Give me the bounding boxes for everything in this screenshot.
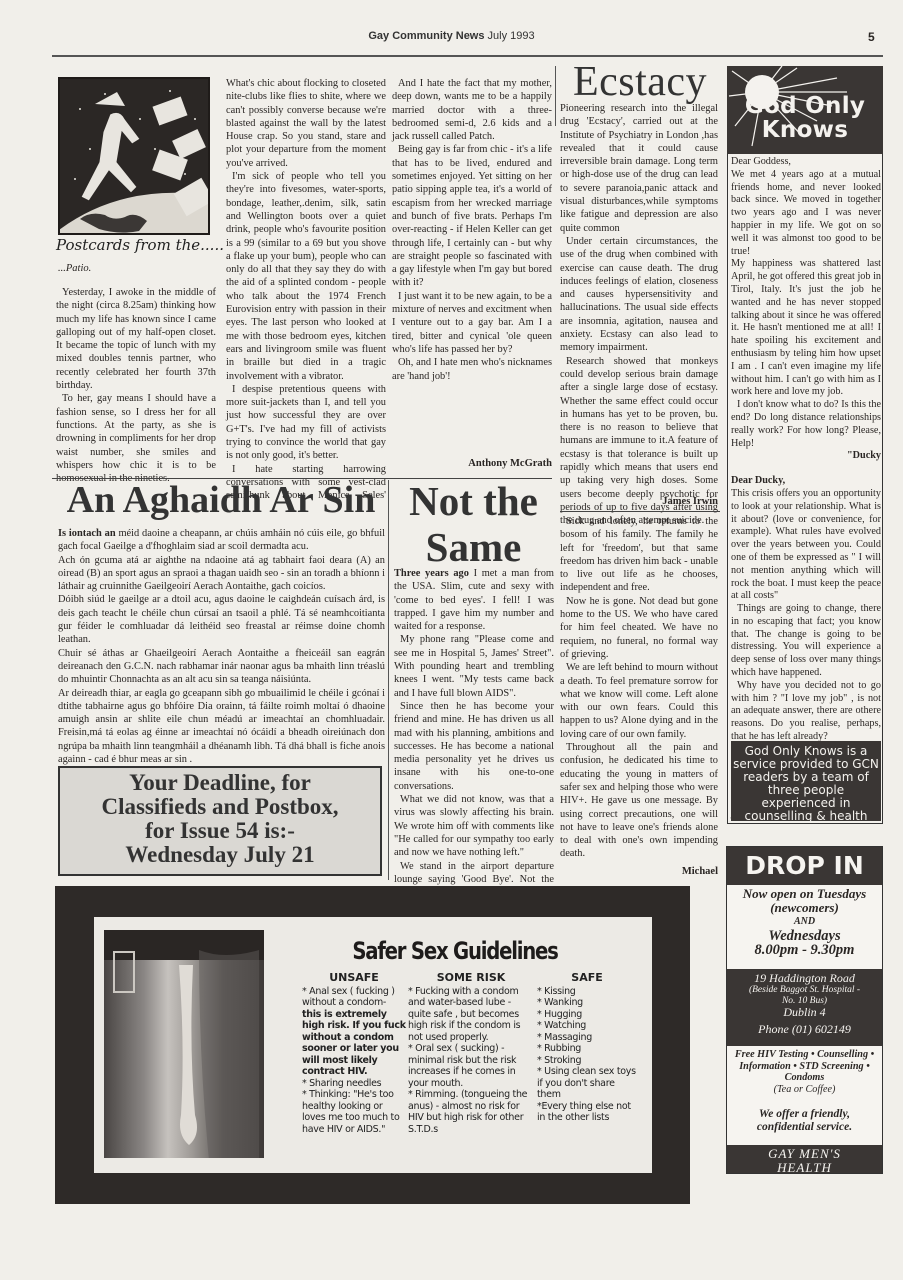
- issue-date: July 1993: [488, 30, 535, 42]
- byline: James Irwin: [560, 496, 718, 507]
- article-title-irish: An Aghaidh Ar Sin: [56, 478, 386, 522]
- paragraph: Now he is gone. Not dead but gone home t…: [560, 595, 718, 661]
- unsafe-heading: UNSAFE: [302, 972, 406, 984]
- drop-in-tagline: We offer a friendly, confidential servic…: [727, 1108, 882, 1134]
- list-item: * Kissing: [537, 986, 637, 998]
- advice-column-title: God Only Knows: [727, 94, 883, 142]
- not-the-same-column-2: Sick and lonely, he returns to the bosom…: [560, 515, 718, 861]
- paragraph: Being gay is far from chic - it's a life…: [392, 143, 552, 289]
- paragraph: My happiness was shattered last April, h…: [731, 258, 881, 399]
- jeans-photo: [104, 930, 264, 1158]
- paragraph: Chuir sé áthas ar Ghaeilgeoirí Aerach Ao…: [58, 647, 385, 687]
- article-title-not-the-same: Not the Same: [392, 478, 555, 570]
- drop-in-services: Free HIV Testing • Counselling • Informa…: [727, 1049, 882, 1095]
- paragraph: I don't know what to do? Is this the end…: [731, 399, 881, 450]
- drop-in-organization: GAY MEN'S HEALTH PROJECT: [727, 1145, 882, 1173]
- paragraph: Yesterday, I awoke in the middle of the …: [56, 286, 216, 392]
- letter-signoff: "Ducky: [731, 450, 881, 463]
- advice-column-body: Dear Goddess, We met 4 years ago at a mu…: [731, 156, 881, 821]
- paragraph: I'm sick of people who tell you they're …: [226, 170, 386, 383]
- byline: Anthony McGrath: [392, 458, 552, 469]
- paragraph: I just want it to be new again, to be a …: [392, 290, 552, 356]
- paragraph: Throughout all the pain and confusion, h…: [560, 741, 718, 861]
- advice-column-footer: God Only Knows is a service provided to …: [731, 741, 881, 821]
- column-rule: [555, 66, 556, 126]
- paragraph: Sick and lonely, he returns to the bosom…: [560, 515, 718, 595]
- postcard-article-column-1: Yesterday, I awoke in the middle of the …: [56, 286, 216, 485]
- not-the-same-column-1: Three years ago I met a man from the USA…: [394, 567, 554, 900]
- ecstacy-article-body: Pioneering research into the illegal dru…: [560, 102, 718, 528]
- byline: Michael: [560, 866, 718, 877]
- list-item: * Using clean sex toys if you don't shar…: [537, 1066, 637, 1101]
- irish-article-body: Is iontach an méid daoine a cheapann, ar…: [58, 527, 385, 780]
- masthead: Gay Community News July 1993: [0, 30, 903, 42]
- column-rule: [388, 480, 389, 880]
- section-rule: [560, 511, 720, 512]
- lead-bold: Three years ago: [394, 568, 469, 579]
- deadline-notice: Your Deadline, for Classifieds and Postb…: [58, 766, 382, 876]
- list-item: * Massaging: [537, 1032, 637, 1044]
- paragraph: Oh, and I hate men who's nicknames are '…: [392, 356, 552, 383]
- publication-name: Gay Community News: [368, 30, 484, 42]
- list-item: * Hugging: [537, 1009, 637, 1021]
- postcard-woodcut-illustration: [58, 77, 210, 235]
- paragraph: My phone rang "Please come and see me in…: [394, 633, 554, 699]
- reply-salutation: Dear Ducky,: [731, 475, 881, 488]
- list-item: * Stroking: [537, 1055, 637, 1067]
- paragraph: Ar deireadh thiar, ar eagla go gceapann …: [58, 687, 385, 767]
- postcard-article-column-3: And I hate the fact that my mother, deep…: [392, 77, 552, 383]
- paragraph: Pioneering research into the illegal dru…: [560, 102, 718, 235]
- list-item: * Rubbing: [537, 1043, 637, 1055]
- list-item: * Wanking: [537, 997, 637, 1009]
- postcard-article-column-2: What's chic about flocking to closeted n…: [226, 77, 386, 503]
- paragraph: Things are going to change, there in no …: [731, 603, 881, 680]
- paragraph: And I hate the fact that my mother, deep…: [392, 77, 552, 143]
- paragraph: What we did not know, was that a virus w…: [394, 793, 554, 859]
- safe-column: SAFE * Kissing * Wanking * Hugging * Wat…: [537, 972, 637, 1124]
- paragraph: This crisis offers you an opportunity to…: [731, 488, 881, 603]
- drop-in-title: DROP IN: [727, 847, 882, 885]
- paragraph: To her, gay means I should have a fashio…: [56, 392, 216, 485]
- paragraph: We met 4 years ago at a mutual friends h…: [731, 169, 881, 259]
- drop-in-hours: Now open on Tuesdays (newcomers) AND Wed…: [727, 887, 882, 957]
- postcard-caption: Postcards from the.....: [56, 236, 224, 254]
- astronaut-globe-icon: [60, 79, 210, 235]
- safer-sex-title: Safer Sex Guidelines: [320, 937, 591, 965]
- paragraph: We are left behind to mourn without a de…: [560, 661, 718, 741]
- paragraph: Ach ón gcuma atá ar aighthe na ndaoine a…: [58, 554, 385, 594]
- some-risk-column: SOME RISK * Fucking with a condom and wa…: [408, 972, 534, 1135]
- advice-column-header: God Only Knows: [727, 66, 883, 154]
- header-rule: [52, 55, 883, 57]
- jeans-photo-icon: [104, 930, 264, 1158]
- list-item: *Every thing else not in the other lists: [537, 1101, 637, 1124]
- paragraph: Why have you decided not to go with him …: [731, 680, 881, 744]
- lead-bold: Is iontach an: [58, 528, 116, 539]
- letter-salutation: Dear Goddess,: [731, 156, 881, 169]
- unsafe-column: UNSAFE * Anal sex ( fucking ) without a …: [302, 972, 406, 1135]
- some-risk-heading: SOME RISK: [408, 972, 534, 984]
- postcard-subtitle: ...Patio.: [58, 263, 91, 274]
- paragraph: What's chic about flocking to closeted n…: [226, 77, 386, 170]
- page-number: 5: [868, 30, 875, 44]
- paragraph: I despise pretentious queens with more s…: [226, 383, 386, 463]
- list-item: * Watching: [537, 1020, 637, 1032]
- safe-heading: SAFE: [537, 972, 637, 984]
- drop-in-address: 19 Haddington Road (Beside Baggot St. Ho…: [727, 969, 882, 1046]
- article-title-ecstacy: Ecstacy: [560, 58, 720, 106]
- drop-in-phone: Phone (01) 602149: [727, 1023, 882, 1036]
- paragraph: Under certain circumstances, the use of …: [560, 235, 718, 355]
- paragraph: Dóibh siúd le gaeilge ar a dtoil acu, ag…: [58, 593, 385, 646]
- paragraph: Since then he has become your friend and…: [394, 700, 554, 793]
